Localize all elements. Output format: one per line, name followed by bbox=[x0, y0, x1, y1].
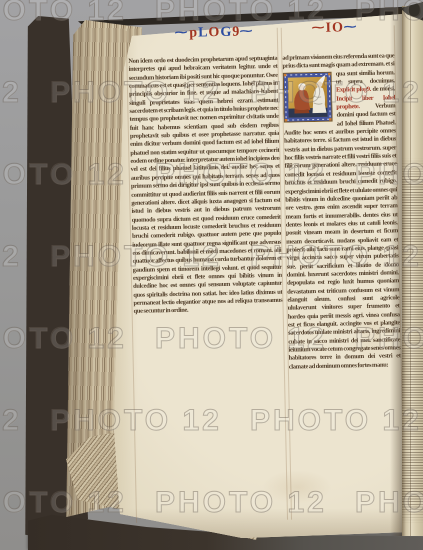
rubric-incipit: Incipit liber bbox=[336, 94, 383, 102]
running-header-left: ~pLOG9~ bbox=[145, 24, 285, 43]
book-photo: ~pLOG9~ ~IO~ Non idem ordo est duodecim … bbox=[0, 0, 423, 550]
header-letter: G bbox=[220, 25, 232, 40]
text-column-right: ad primam visionem eius referenda sunt e… bbox=[282, 52, 401, 412]
header-flourish-icon: ~ bbox=[310, 21, 328, 34]
facing-page-fore-edge bbox=[402, 6, 423, 536]
header-flourish-icon: ~ bbox=[173, 26, 191, 39]
historiated-initial bbox=[283, 71, 333, 122]
header-letter: O bbox=[208, 25, 220, 40]
running-header-right: ~IO~ bbox=[295, 20, 375, 38]
edge-on-text-lines bbox=[402, 158, 423, 524]
header-flourish-icon: ~ bbox=[239, 24, 257, 37]
header-flourish-icon: ~ bbox=[342, 20, 360, 33]
header-letter: L bbox=[198, 25, 209, 40]
body-text: ut supra docuimus. bbox=[336, 77, 395, 85]
text-column-left: Non idem ordo est duodecim prophetarum a… bbox=[128, 55, 284, 409]
rubric-explicit: Explicit plog9. bbox=[336, 86, 373, 94]
manuscript-content: ~pLOG9~ ~IO~ Non idem ordo est duodecim … bbox=[0, 0, 423, 550]
body-text: Audite hoc senes et auribus percipite om… bbox=[284, 127, 401, 370]
